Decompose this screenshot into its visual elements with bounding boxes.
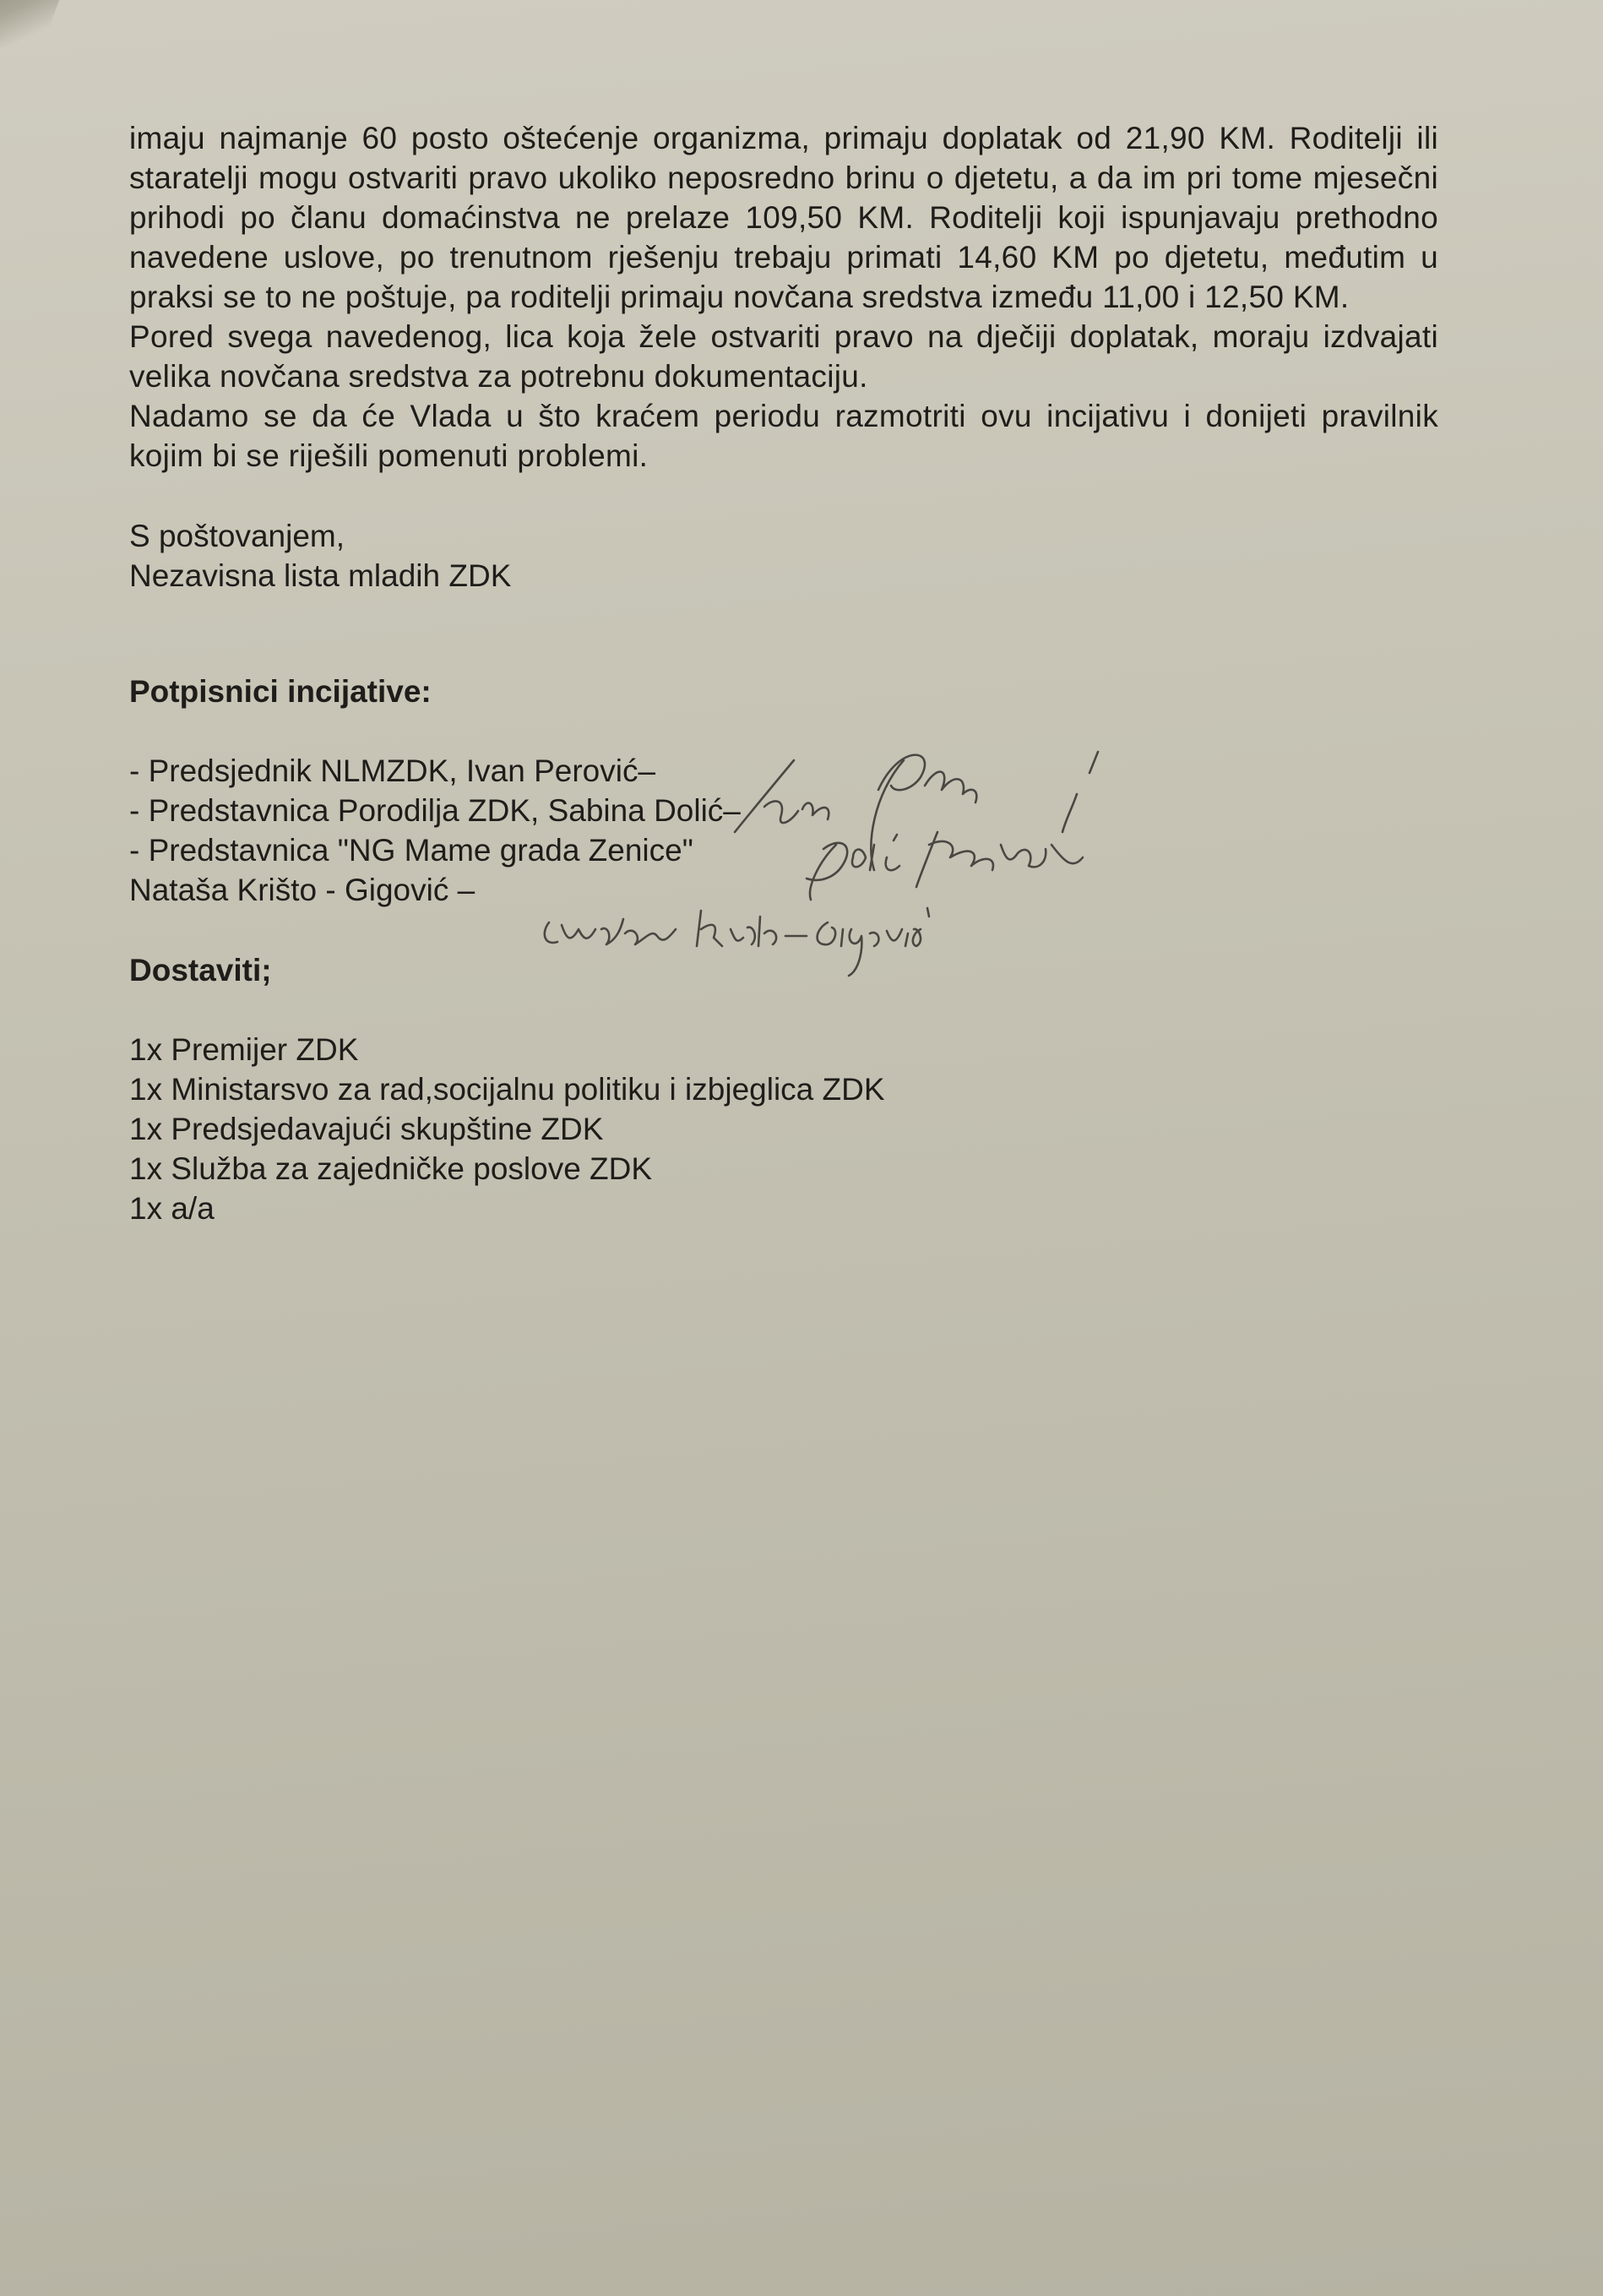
recipient-item: 1x Predsjedavajući skupštine ZDK	[129, 1109, 1438, 1149]
signatories-list: - Predsjednik NLMZDK, Ivan Perović– - Pr…	[129, 751, 1438, 910]
body-paragraph-3: Nadamo se da će Vlada u što kraćem perio…	[129, 396, 1438, 476]
closing-salutation: S poštovanjem,	[129, 516, 1438, 556]
signatory-line: - Predstavnica "NG Mame grada Zenice"	[129, 830, 1438, 870]
recipient-item: 1x Premijer ZDK	[129, 1030, 1438, 1069]
recipient-item: 1x Služba za zajedničke poslove ZDK	[129, 1149, 1438, 1189]
signatory-line: Nataša Krišto - Gigović –	[129, 870, 1438, 910]
closing-sender: Nezavisna lista mladih ZDK	[129, 556, 1438, 596]
delivery-heading: Dostaviti;	[129, 950, 1438, 990]
page-corner-shadow	[0, 0, 66, 78]
recipient-item: 1x a/a	[129, 1189, 1438, 1228]
body-paragraph-1: imaju najmanje 60 posto oštećenje organi…	[129, 118, 1438, 317]
delivery-list: 1x Premijer ZDK 1x Ministarsvo za rad,so…	[129, 1030, 1438, 1228]
signatories-heading: Potpisnici incijative:	[129, 672, 1438, 711]
document-page: imaju najmanje 60 posto oštećenje organi…	[129, 118, 1438, 1228]
closing-block: S poštovanjem, Nezavisna lista mladih ZD…	[129, 516, 1438, 596]
signatory-line: - Predstavnica Porodilja ZDK, Sabina Dol…	[129, 791, 1438, 830]
body-paragraph-2: Pored svega navedenog, lica koja žele os…	[129, 317, 1438, 396]
signatory-line: - Predsjednik NLMZDK, Ivan Perović–	[129, 751, 1438, 791]
recipient-item: 1x Ministarsvo za rad,socijalnu politiku…	[129, 1069, 1438, 1109]
